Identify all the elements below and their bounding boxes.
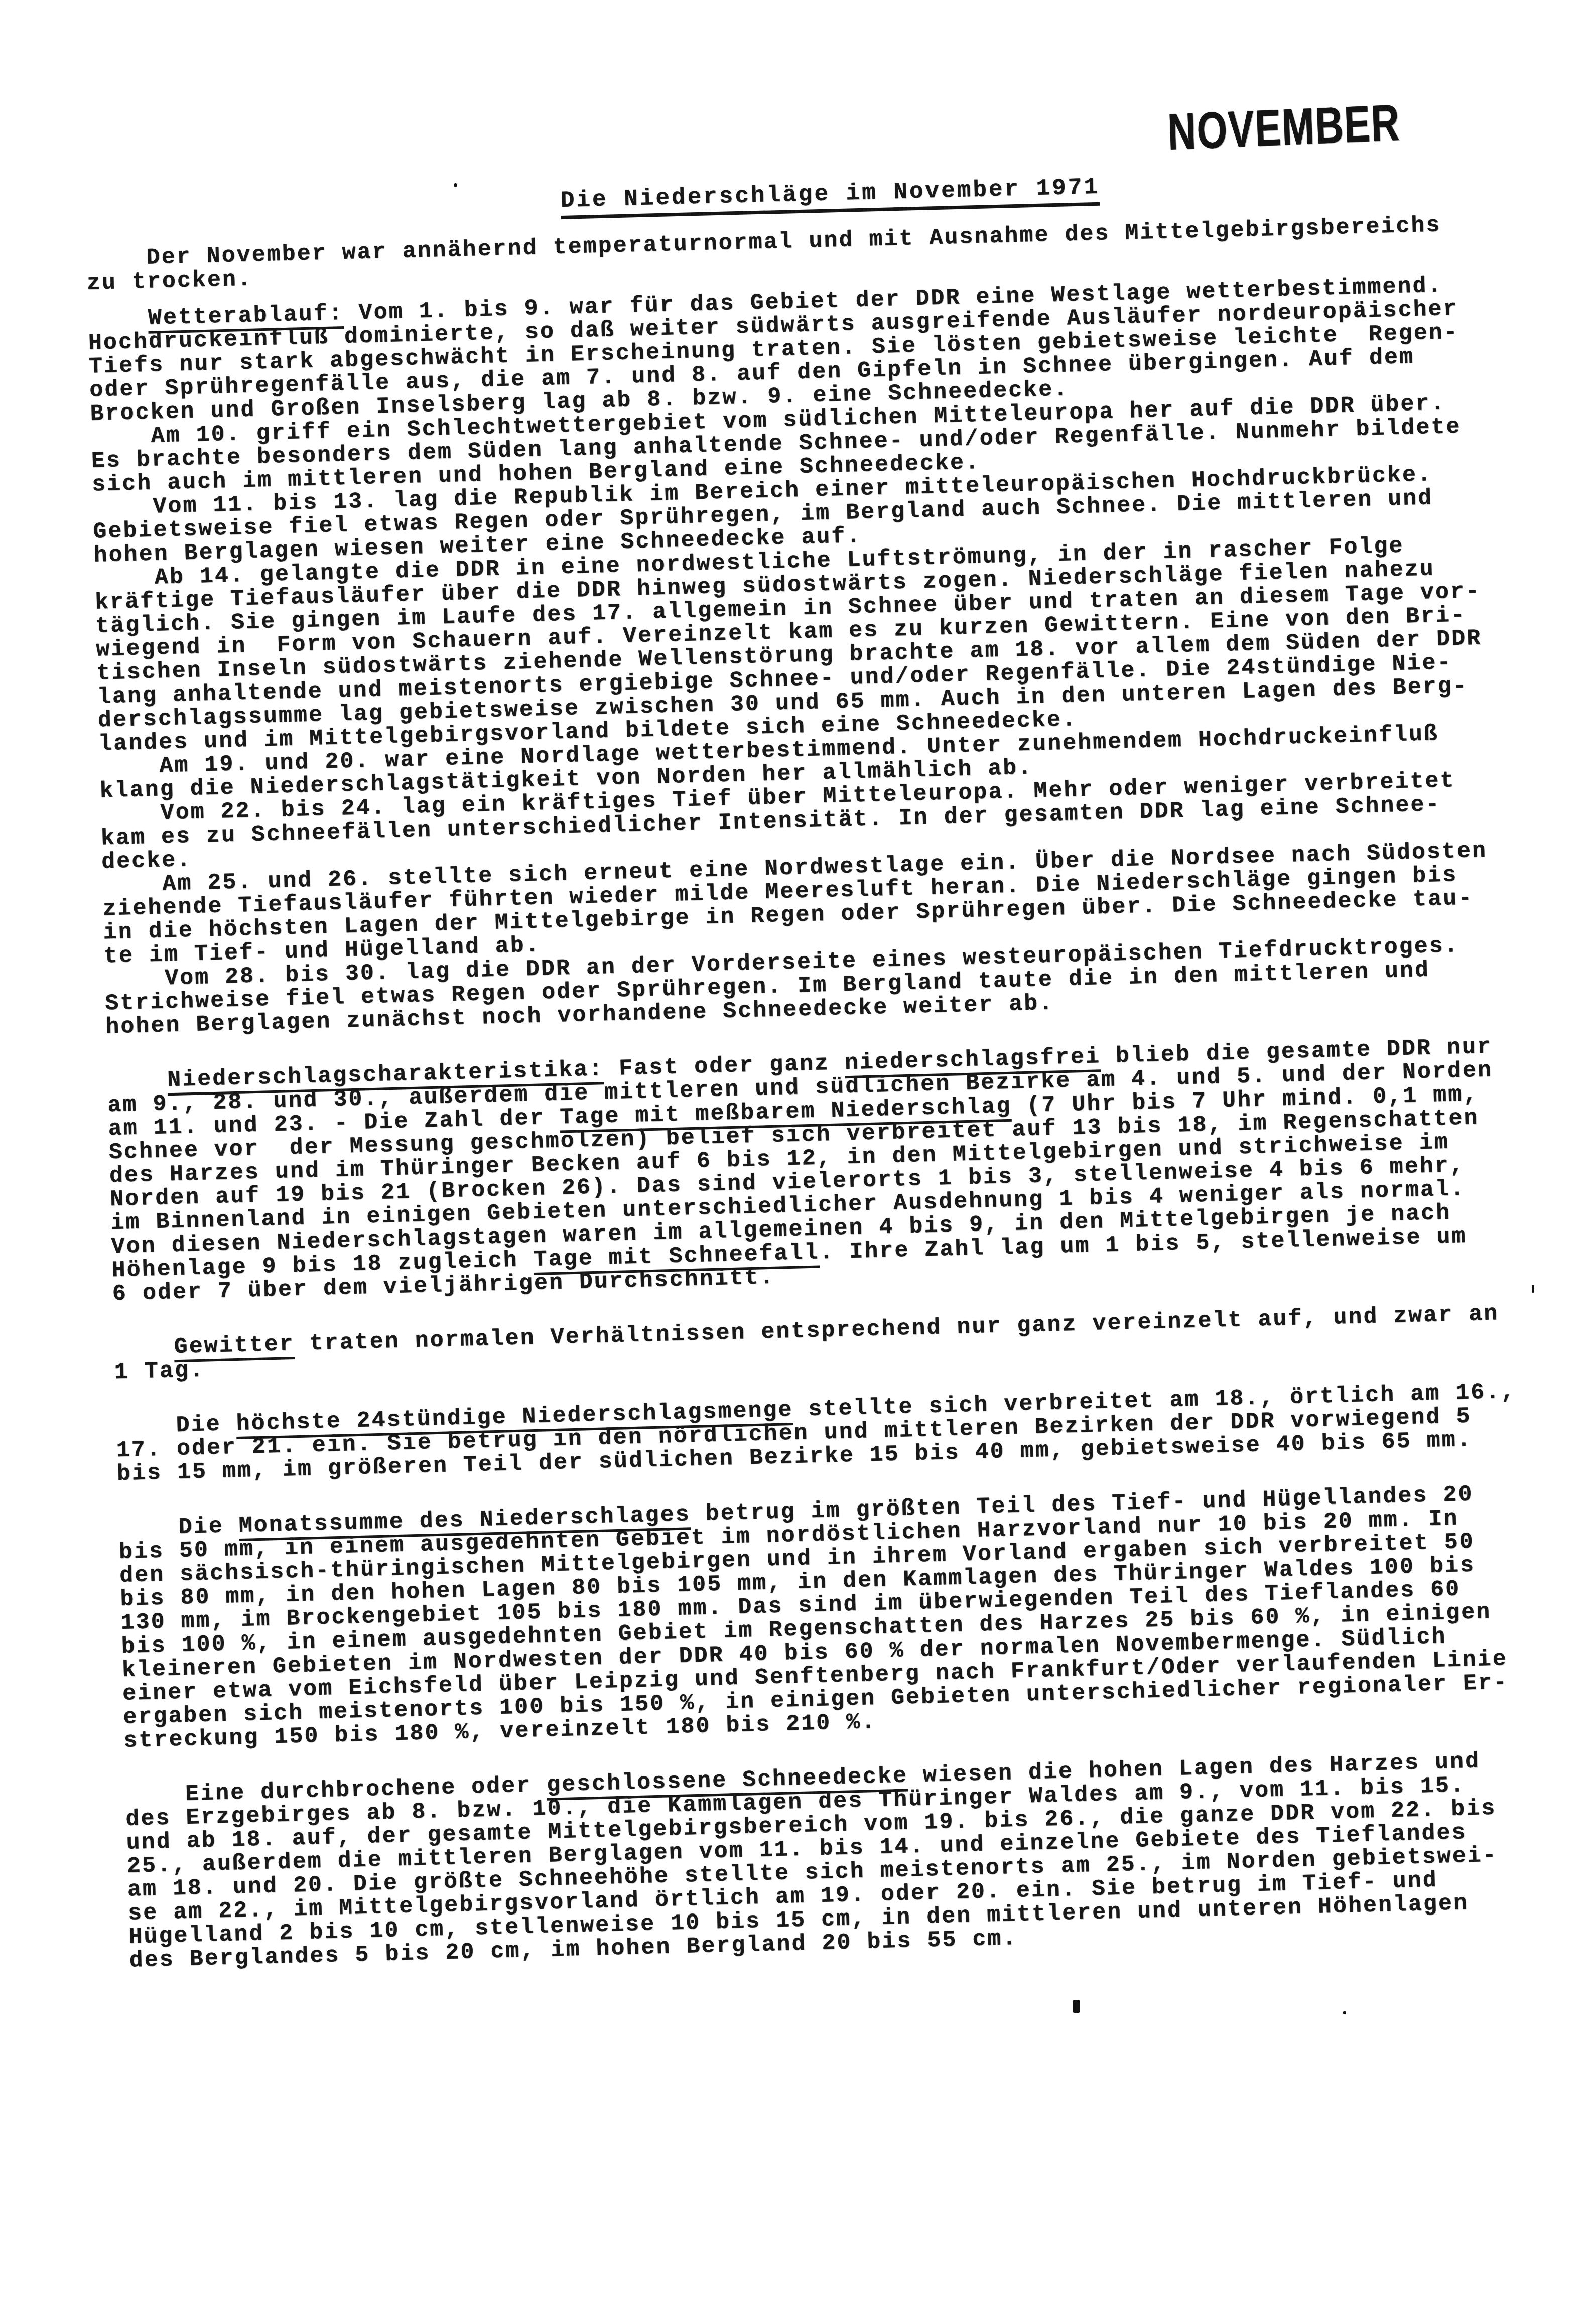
- scan-speck: [1532, 1285, 1534, 1293]
- month-stamp: NOVEMBER: [1167, 93, 1401, 162]
- document-body: Der November war annähernd temperaturnor…: [86, 210, 1593, 1973]
- text-segment: [107, 1067, 168, 1095]
- scan-speck: [1343, 2011, 1346, 2014]
- paragraph: Gewitter traten normalen Verhältnissen e…: [113, 1299, 1593, 1384]
- paragraph: Eine durchbrochene oder geschlossene Sch…: [125, 1746, 1593, 1973]
- text-segment: [87, 306, 148, 333]
- text-segment: [113, 1334, 174, 1361]
- scan-speck: [1073, 2000, 1080, 2013]
- page-title-text: Die Niederschläge im November 1971: [560, 174, 1100, 219]
- scanned-page: NOVEMBER Die Niederschläge im November 1…: [0, 0, 1593, 2324]
- scan-speck: [454, 183, 457, 187]
- text-segment: zu trocken.: [86, 266, 252, 296]
- paragraph: Ab 14. gelangte die DDR in eine nordwest…: [94, 530, 1589, 756]
- paragraph: Niederschlagscharakteristika: Fast oder …: [107, 1032, 1593, 1306]
- paragraph: Die höchste 24stündige Niederschlagsmeng…: [115, 1378, 1593, 1486]
- paragraph: Die Monatssumme des Niederschlages betru…: [118, 1479, 1593, 1753]
- typed-content: NOVEMBER Die Niederschläge im November 1…: [83, 87, 1593, 1973]
- text-segment: 1 Tag.: [114, 1357, 205, 1386]
